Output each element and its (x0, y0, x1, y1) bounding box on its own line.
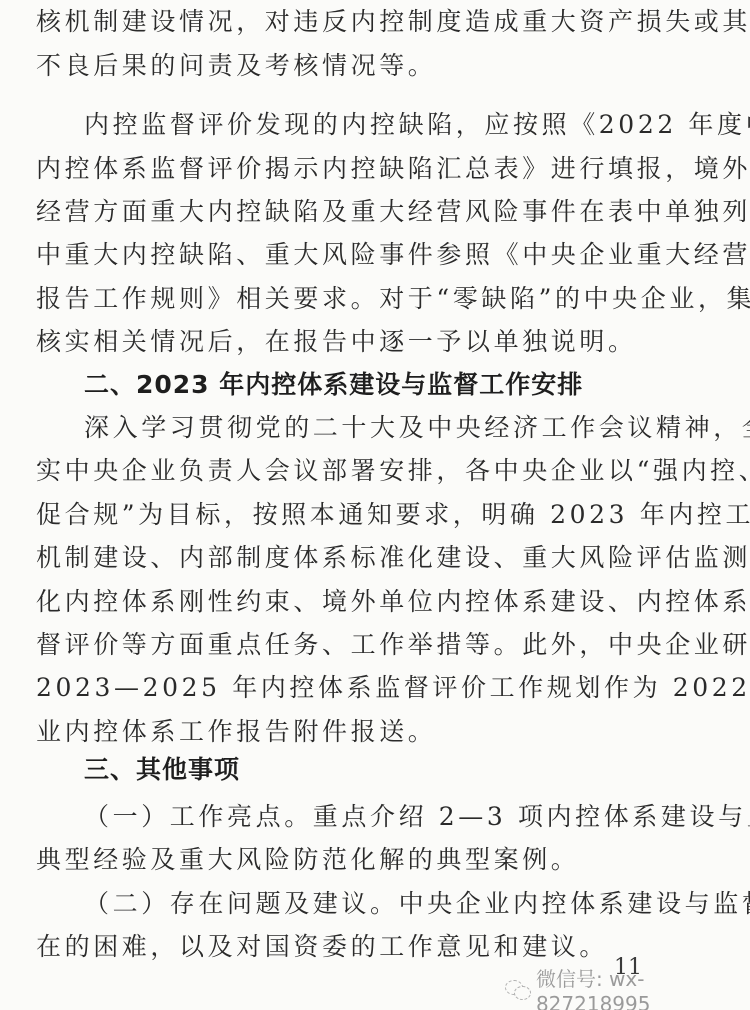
text-line: 促合规”为目标，按照本通知要求，明确 2023 年内控工作管理体制 (36, 500, 712, 530)
text-line: 督评价等方面重点任务、工作举措等。此外，中央企业研究制定的 (36, 630, 712, 660)
text-line: 在的困难，以及对国资委的工作意见和建议。 (36, 932, 712, 962)
text-line: 不良后果的问责及考核情况等。 (36, 51, 712, 81)
text-line: 核机制建设情况，对违反内控制度造成重大资产损失或其他严重 (36, 7, 712, 37)
text-line: 2023—2025 年内控体系监督评价工作规划作为 2022 年度中央企 (36, 673, 712, 703)
text-line: 典型经验及重大风险防范化解的典型案例。 (36, 845, 712, 875)
watermark-text: 微信号: wx-827218995 (536, 963, 750, 1010)
text-line: 化内控体系刚性约束、境外单位内控体系建设、内控体系有效性监 (36, 587, 712, 617)
paragraph-start-line: 深入学习贯彻党的二十大及中央经济工作会议精神，全面落 (84, 413, 712, 443)
paragraph-start-line: （二）存在问题及建议。中央企业内控体系建设与监督工作存 (84, 889, 712, 919)
page-number: 11 (614, 955, 642, 980)
text-line: 实中央企业负责人会议部署安排，各中央企业以“强内控、防风险、 (36, 456, 712, 486)
text-line: 中重大内控缺陷、重大风险事件参照《中央企业重大经营风险事件 (36, 240, 712, 270)
paragraph-start-line: （一）工作亮点。重点介绍 2—3 项内控体系建设与监督工作 (84, 802, 712, 832)
text-line: 报告工作规则》相关要求。对于“零缺陷”的中央企业，集团总部在 (36, 284, 712, 314)
wechat-icon (505, 980, 530, 1000)
section-heading-2: 二、2023 年内控体系建设与监督工作安排 (84, 370, 750, 400)
section-heading-3: 三、其他事项 (84, 755, 750, 785)
text-line: 内控体系监督评价揭示内控缺陷汇总表》进行填报，境外依法合规 (36, 154, 712, 184)
document-page: 核机制建设情况，对违反内控制度造成重大资产损失或其他严重 不良后果的问责及考核情… (0, 0, 750, 1010)
text-line: 经营方面重大内控缺陷及重大经营风险事件在表中单独列示，其 (36, 197, 712, 227)
paragraph-start-line: 内控监督评价发现的内控缺陷，应按照《2022 年度中央企业 (84, 110, 712, 140)
text-line: 业内控体系工作报告附件报送。 (36, 717, 712, 747)
text-line: 核实相关情况后，在报告中逐一予以单独说明。 (36, 327, 712, 357)
text-line: 机制建设、内部制度体系标准化建设、重大风险评估监测预警、强 (36, 543, 712, 573)
